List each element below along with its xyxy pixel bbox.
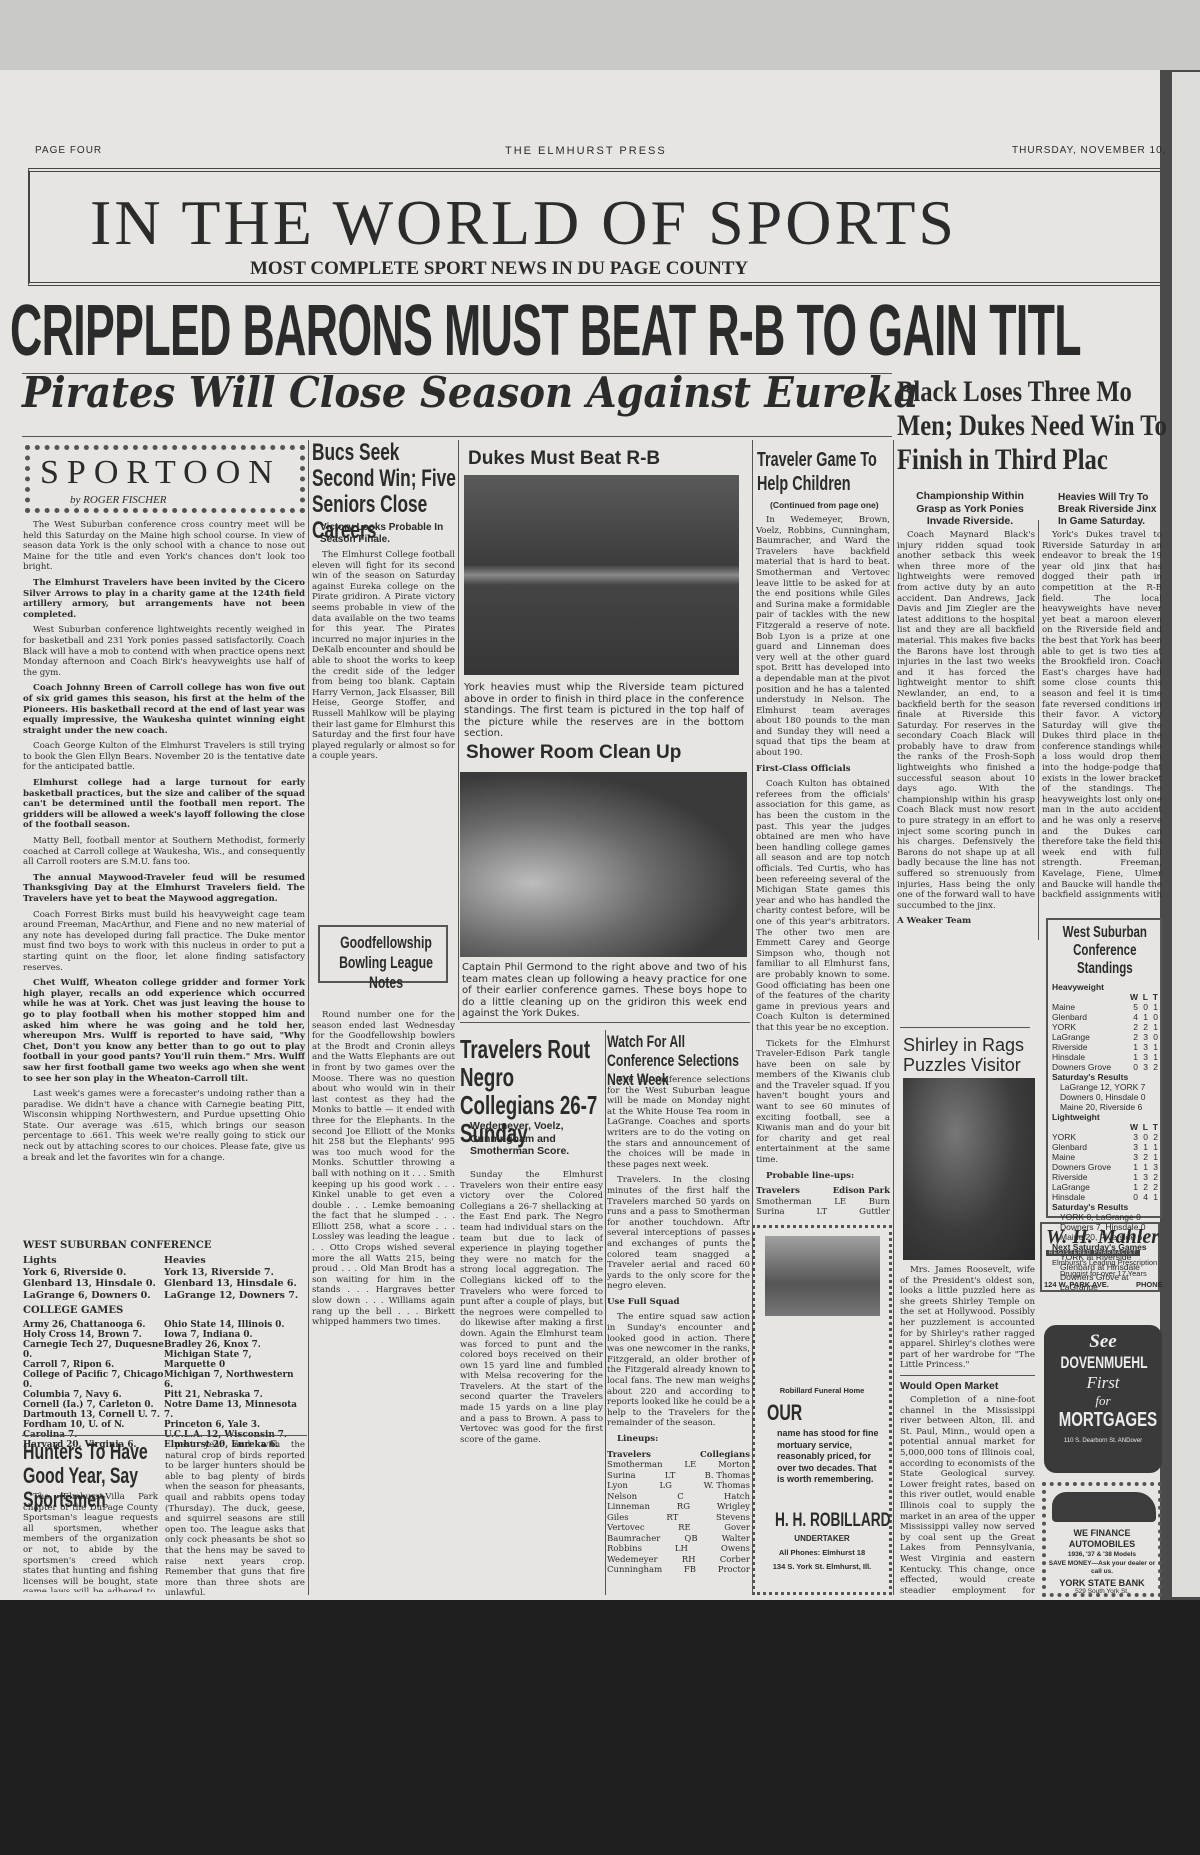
mahler-subtitle: REGISTERED PHARMACIST	[1046, 1250, 1140, 1256]
funeral-home-illustration	[765, 1236, 880, 1316]
sportoon-paragraph: Coach Johnny Breen of Carroll college ha…	[23, 683, 305, 736]
black-loses-headline: Black Loses Three Mo Men; Dukes Need Win…	[897, 375, 1168, 477]
sportoon-paragraph: Coach George Kulton of the Elmhurst Trav…	[23, 741, 305, 773]
market-headline: Would Open Market	[900, 1380, 998, 1392]
market-body: Completion of a nine-foot channel in the…	[900, 1395, 1035, 1595]
score-pick: York 6, Riverside 0.	[23, 1267, 164, 1279]
conference-heading: WEST SUBURBAN CONFERENCE	[23, 1240, 305, 1251]
sportoon-paragraph: Elmhurst college had a large turnout for…	[23, 778, 305, 831]
heavyweight-label: Heavyweight	[1052, 982, 1158, 992]
score-pick: Army 26, Chattanooga 6.	[23, 1320, 164, 1330]
standings-row: LaGrange122	[1052, 1182, 1158, 1192]
black-loses-deck-left: Championship Within Grasp as York Ponies…	[905, 490, 1035, 528]
shirley-caption-text: Mrs. James Roosevelt, wife of the Presid…	[900, 1265, 1035, 1371]
college-heading: COLLEGE GAMES	[23, 1305, 305, 1316]
college-picks: Army 26, Chattanooga 6.Holy Cross 14, Br…	[23, 1320, 305, 1450]
standings-row: Maine501	[1052, 1002, 1158, 1012]
black-loses-body-left: Coach Maynard Black's injury ridden squa…	[897, 530, 1035, 930]
results-label: Saturday's Results	[1052, 1072, 1158, 1082]
hunters-text: The Elmhurst-Villa Park chapter of the D…	[23, 1492, 158, 1592]
lightweight-label: Lightweight	[1052, 1112, 1158, 1122]
score-pick: Carnegie Tech 27, Duquesne 0.	[23, 1340, 164, 1360]
section-banner: IN THE WORLD OF SPORTS MOST COMPLETE SPO…	[28, 168, 1160, 286]
hunters-text: past year and with the natural crop of b…	[165, 1440, 305, 1595]
lineup-row: LinnemanRGWrigley	[607, 1502, 750, 1513]
sportoon-paragraph: Coach Forrest Birks must build his heavy…	[23, 910, 305, 974]
standings-row: Downers Grove113	[1052, 1162, 1158, 1172]
score-pick: Princeton 6, Yale 3.	[164, 1420, 305, 1430]
shower-photo-caption: Captain Phil Germond to the right above …	[462, 962, 747, 1020]
score-pick: York 13, Riverside 7.	[164, 1267, 305, 1279]
main-headline: CRIPPLED BARONS MUST BEAT R-B TO GAIN TI…	[10, 290, 1081, 372]
heavyweight-standings-table: WLTMaine501Glenbard410YORK221LaGrange230…	[1052, 992, 1158, 1072]
score-pick: Cornell (Ia.) 7, Carleton 0.	[23, 1400, 164, 1410]
bank-name: YORK STATE BANK	[1046, 1578, 1158, 1588]
traveler-game-headline: Traveler Game To Help Children	[757, 448, 879, 496]
sportoon-column-header: SPORTOON by ROGER FISCHER	[25, 445, 305, 513]
shirley-caption: Mrs. James Roosevelt, wife of the Presid…	[900, 1265, 1035, 1375]
bucs-deck: Victory Looks Probable In Season Finale.	[320, 522, 450, 546]
traveler-game-text: In Wedemeyer, Brown, Voelz, Robbins, Cun…	[756, 515, 890, 759]
bank-address: 529 South York St.	[1046, 1588, 1158, 1595]
standings-row: Hinsdale131	[1052, 1052, 1158, 1062]
watch-body: The all conference selections for the We…	[607, 1075, 750, 1595]
result-line: Maine 20, Riverside 6	[1060, 1102, 1158, 1112]
dov-see: See	[1044, 1331, 1162, 1353]
bowling-headline: Goodfellowship Bowling League Notes	[332, 933, 440, 993]
standings-row: Glenbard410	[1052, 1012, 1158, 1022]
score-pick: Carroll 7, Ripon 6.	[23, 1360, 164, 1370]
heavies-label: Heavies	[164, 1255, 305, 1267]
result-line: LaGrange 12, YORK 7	[1060, 1082, 1158, 1092]
dukes-photo-headline: Dukes Must Beat R-B	[468, 448, 660, 470]
score-pick: Columbia 7, Navy 6.	[23, 1390, 164, 1400]
score-pick: Glenbard 13, Hinsdale 0.	[23, 1278, 164, 1290]
results-label: Saturday's Results	[1052, 1202, 1158, 1212]
lineup-row: SurinaLTGuttler	[756, 1207, 890, 1215]
weaker-team-subhead: A Weaker Team	[897, 916, 1035, 927]
mahler-pharmacy-ad: W. H. Mahler REGISTERED PHARMACIST Elmhu…	[1040, 1222, 1160, 1292]
score-pick: Glenbard 13, Hinsdale 6.	[164, 1278, 305, 1290]
score-pick: Michigan State 7, Marquette 0	[164, 1350, 305, 1370]
robillard-phone: All Phones: Elmhurst 18	[755, 1548, 889, 1557]
mahler-address: 124 W. PARK AVE.	[1044, 1280, 1109, 1289]
standings-box: West Suburban Conference Standings Heavy…	[1046, 918, 1162, 1218]
predictions: WEST SUBURBAN CONFERENCE LightsYork 6, R…	[23, 1240, 305, 1450]
standings-row: Downers Grove032	[1052, 1062, 1158, 1072]
score-pick: College of Pacific 7, Chicago 0.	[23, 1370, 164, 1390]
robillard-title: UNDERTAKER	[755, 1534, 889, 1543]
sportoon-paragraph: The Elmhurst Travelers have been invited…	[23, 578, 305, 620]
sportoon-byline: by ROGER FISCHER	[70, 494, 167, 506]
standings-row: Glenbard311	[1052, 1142, 1158, 1152]
lineup-row: BaumracherQBWalter	[607, 1534, 750, 1545]
score-pick: LaGrange 12, Downers 7.	[164, 1290, 305, 1302]
black-loses-deck-right: Heavies Will Try To Break Riverside Jinx…	[1058, 492, 1168, 528]
sportoon-paragraph: The West Suburban conference cross count…	[23, 520, 305, 573]
dov-address: 110 S. Dearborn St. ANDover	[1044, 1438, 1162, 1444]
dov-mortgages: MORTGAGES	[1059, 1409, 1148, 1432]
traveler-game-text: Tickets for the Elmhurst Traveler-Edison…	[756, 1039, 890, 1166]
watch-text: The all conference selections for the We…	[607, 1075, 750, 1170]
robillard-name: H. H. ROBILLARD	[775, 1510, 891, 1532]
section-title: IN THE WORLD OF SPORTS	[90, 186, 957, 260]
lineup-row: VertovecREGover	[607, 1523, 750, 1534]
mahler-line1: Elmhurst's Leading Prescription	[1052, 1258, 1157, 1267]
bucs-body: The Elmhurst College football eleven wil…	[312, 550, 455, 920]
sportoon-paragraph: Chet Wulff, Wheaton college gridder and …	[23, 978, 305, 1084]
sportoon-paragraph: West Suburban conference lightweights re…	[23, 625, 305, 678]
bucs-text: The Elmhurst College football eleven wil…	[312, 550, 455, 762]
adjacent-page-edge	[1172, 72, 1200, 1597]
standings-row: YORK221	[1052, 1022, 1158, 1032]
continued-note: (Continued from page one)	[770, 500, 879, 510]
lineup-row: GilesRTStevens	[607, 1513, 750, 1524]
robillard-ad: Robillard Funeral Home OUR name has stoo…	[752, 1225, 892, 1595]
dovenmuehl-mortgage-ad: See DOVENMUEHL First for MORTGAGES 110 S…	[1044, 1325, 1162, 1473]
use-full-squad-subhead: Use Full Squad	[607, 1297, 750, 1308]
robillard-body: name has stood for fine mortuary service…	[777, 1428, 885, 1486]
heavies-text: York's Dukes travel to Riverside Saturda…	[1042, 530, 1162, 900]
standings-title: West Suburban Conference Standings	[1058, 924, 1152, 978]
sportoon-paragraph: Matty Bell, football mentor at Southern …	[23, 836, 305, 868]
dov-name: DOVENMUEHL	[1061, 1353, 1146, 1373]
standings-row: Riverside132	[1052, 1172, 1158, 1182]
sportoon-title: SPORTOON	[40, 454, 281, 492]
score-pick: LaGrange 6, Downers 0.	[23, 1290, 164, 1302]
score-pick: Fordham 10, U. of N. Carolina 7.	[23, 1420, 164, 1440]
york-state-bank-ad: WE FINANCE AUTOMOBILES 1936, '37 & '38 M…	[1042, 1482, 1162, 1597]
standings-row: LaGrange230	[1052, 1032, 1158, 1042]
lineup-header: TravelersCollegians	[607, 1450, 750, 1461]
result-line: Downers 0, Hinsdale 0	[1060, 1092, 1158, 1102]
page-number: PAGE FOUR	[35, 145, 102, 156]
lineup-row: SmothermanLEMorton	[607, 1460, 750, 1471]
lights-label: Lights	[23, 1255, 164, 1267]
scan-background-bottom	[0, 1600, 1200, 1855]
mahler-phone: PHONE	[1136, 1280, 1163, 1289]
standings-row: Riverside131	[1052, 1042, 1158, 1052]
lineup-header: TravelersEdison Park	[756, 1186, 890, 1197]
paper-name: THE ELMHURST PRESS	[505, 145, 667, 157]
bank-line1: WE FINANCE	[1046, 1528, 1158, 1538]
shirley-temple-photo	[903, 1078, 1035, 1260]
travelers-rout-text: Sunday the Elmhurst Travelers won their …	[460, 1170, 603, 1445]
lineup-row: NelsonCHatch	[607, 1492, 750, 1503]
sportoon-paragraph: Last week's games were a forecaster's un…	[23, 1089, 305, 1163]
score-pick: Notre Dame 13, Minnesota 7.	[164, 1400, 305, 1420]
standings-row: Maine321	[1052, 1152, 1158, 1162]
black-loses-body-right: York's Dukes travel to Riverside Saturda…	[1042, 530, 1162, 900]
mahler-name: W. H. Mahler	[1046, 1226, 1159, 1249]
score-pick: Michigan 7, Northwestern 6.	[164, 1370, 305, 1390]
funeral-home-caption: Robillard Funeral Home	[755, 1386, 889, 1395]
issue-date: THURSDAY, NOVEMBER 10,	[1012, 145, 1166, 156]
travelers-rout-deck: Wedemeyer, Voelz, Cunningham and Smother…	[470, 1120, 600, 1158]
black-loses-text: Coach Maynard Black's injury ridden squa…	[897, 530, 1035, 911]
probable-lineups-label: Probable line-ups:	[756, 1171, 890, 1182]
travelers-rout-body: Sunday the Elmhurst Travelers won their …	[460, 1170, 603, 1595]
edison-park-lineup: TravelersEdison ParkSmothermanLEBurnSuri…	[756, 1186, 890, 1215]
shower-photo-headline: Shower Room Clean Up	[466, 742, 681, 764]
lineup-row: LyonLGW. Thomas	[607, 1481, 750, 1492]
watch-text: The entire squad saw action in Sunday's …	[607, 1312, 750, 1429]
collegians-lineup: TravelersCollegiansSmothermanLEMortonSur…	[607, 1450, 750, 1576]
sportoon-body: The West Suburban conference cross count…	[23, 520, 305, 1260]
traveler-game-text: Coach Kulton has obtained referees from …	[756, 779, 890, 1033]
bowling-body: Round number one for the season ended la…	[312, 1010, 455, 1595]
lightweight-standings-table: WLTYORK302Glenbard311Maine321Downers Gro…	[1052, 1122, 1158, 1202]
officials-subhead: First-Class Officials	[756, 764, 890, 775]
score-pick: Iowa 7, Indiana 0.	[164, 1330, 305, 1340]
dov-first: First	[1044, 1373, 1162, 1393]
dukes-team-photo	[464, 475, 739, 675]
hunters-body-right: past year and with the natural crop of b…	[165, 1440, 305, 1595]
hunters-body-left: The Elmhurst-Villa Park chapter of the D…	[23, 1492, 158, 1592]
mahler-line2: Druggist for over 17 Years	[1060, 1269, 1147, 1278]
bowling-header-box: Goodfellowship Bowling League Notes	[318, 925, 448, 983]
shirley-headline: Shirley in Rags Puzzles Visitor	[903, 1035, 1038, 1075]
sub-headline: Pirates Will Close Season Against Eureka	[22, 368, 919, 417]
standings-row: YORK302	[1052, 1132, 1158, 1142]
robillard-lead: OUR	[767, 1400, 802, 1426]
market-text: Completion of a nine-foot channel in the…	[900, 1395, 1035, 1595]
scan-background-top	[0, 0, 1200, 70]
traveler-game-body: In Wedemeyer, Brown, Voelz, Robbins, Cun…	[756, 515, 890, 1215]
result-line: YORK 0, LaGrange 0	[1060, 1212, 1158, 1222]
score-pick: Dartmouth 13, Cornell U. 7.	[23, 1410, 164, 1420]
lineups-label: Lineups:	[607, 1434, 750, 1445]
bowling-text: Round number one for the season ended la…	[312, 1010, 455, 1328]
dov-for: for	[1044, 1393, 1162, 1409]
shower-room-photo	[460, 772, 747, 957]
car-illustration	[1052, 1492, 1156, 1522]
lineup-row: RobbinsLHOwens	[607, 1544, 750, 1555]
lineup-row: CunninghamFBProctor	[607, 1565, 750, 1576]
bank-line2: AUTOMOBILES	[1046, 1539, 1158, 1549]
watch-text: Travelers. In the closing minutes of the…	[607, 1175, 750, 1292]
score-pick: Holy Cross 14, Brown 7.	[23, 1330, 164, 1340]
score-pick: Ohio State 14, Illinois 0.	[164, 1320, 305, 1330]
section-subtitle: MOST COMPLETE SPORT NEWS IN DU PAGE COUN…	[250, 258, 748, 280]
sportoon-paragraph: The annual Maywood-Traveler feud will be…	[23, 873, 305, 905]
lineup-row: SurinaLTB. Thomas	[607, 1471, 750, 1482]
standings-row: Hinsdale041	[1052, 1192, 1158, 1202]
score-pick: Bradley 26, Knox 7.	[164, 1340, 305, 1350]
robillard-address: 134 S. York St. Elmhurst, Ill.	[755, 1562, 889, 1571]
bank-line3: 1936, '37 & '38 Models	[1046, 1551, 1158, 1558]
conference-picks: LightsYork 6, Riverside 0.Glenbard 13, H…	[23, 1255, 305, 1301]
lineup-row: SmothermanLEBurn	[756, 1197, 890, 1208]
bank-line4: SAVE MONEY—Ask your dealer or call us.	[1048, 1560, 1156, 1576]
dukes-photo-caption: York heavies must whip the Riverside tea…	[464, 682, 744, 740]
score-pick: Pitt 21, Nebraska 7.	[164, 1390, 305, 1400]
lineup-row: WedemeyerRHCorber	[607, 1555, 750, 1566]
